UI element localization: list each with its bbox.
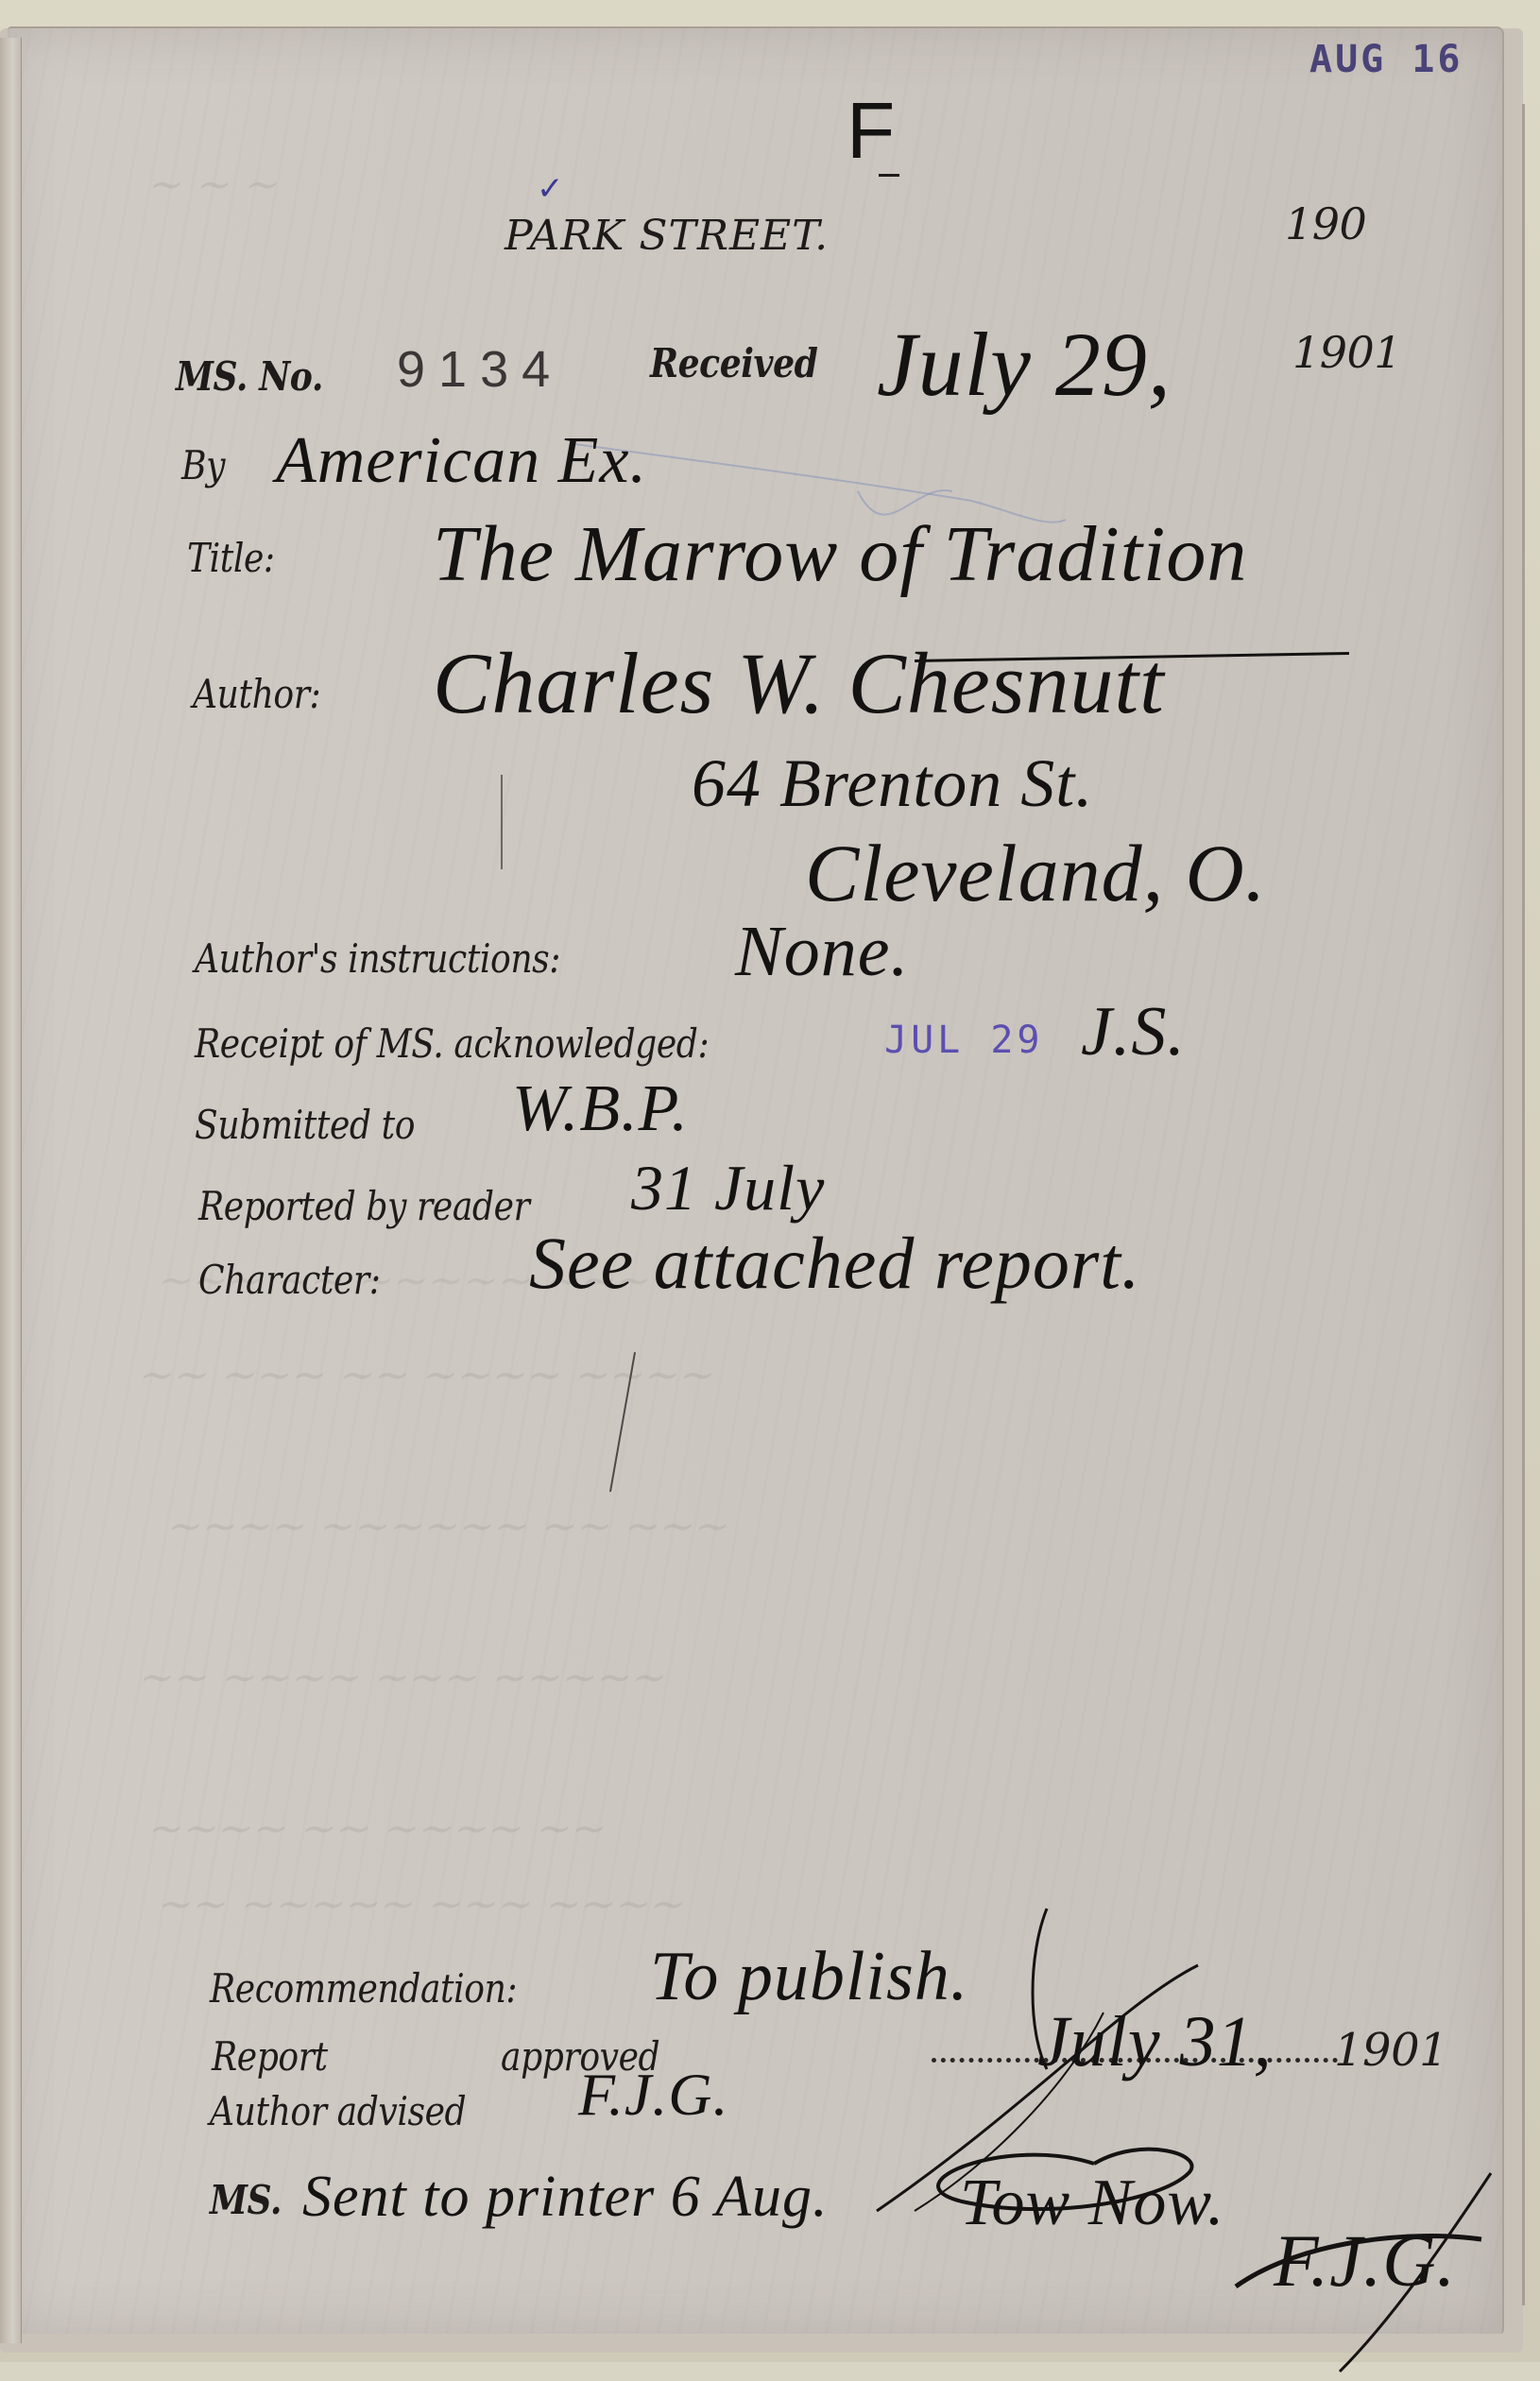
- bleed-through-text: ~~~~ ~~ ~~~~ ~~: [144, 1805, 613, 1853]
- signature: Tow Now.: [960, 2166, 1224, 2241]
- stray-pen-stroke: [609, 1352, 636, 1492]
- received-year: 1901: [1292, 327, 1401, 378]
- reported-by-reader-value: 31 July: [631, 1151, 825, 1225]
- bleed-through-text: ~ ~ ~: [144, 161, 286, 209]
- year-prefix: 190: [1285, 198, 1366, 249]
- date-stamp: AUG 16: [1309, 38, 1463, 81]
- address-heading: PARK STREET.: [505, 212, 829, 260]
- title-label: Title:: [187, 535, 275, 581]
- submitted-to-value: W.B.P.: [512, 1071, 689, 1147]
- by-label: By: [181, 442, 225, 488]
- character-value: See attached report.: [529, 1221, 1140, 1306]
- receipt-acknowledged-label: Receipt of MS. acknowledged:: [195, 1020, 709, 1067]
- authors-instructions-label: Author's instructions:: [195, 935, 560, 982]
- title-value: The Marrow of Tradition: [433, 508, 1247, 600]
- ms-no-label: MS. No.: [176, 353, 323, 400]
- ms-value: Sent to printer 6 Aug.: [302, 2164, 828, 2231]
- page-fold-edge: [1522, 104, 1525, 2305]
- author-advised-label: Author advised: [210, 2088, 466, 2134]
- ms-label: MS.: [210, 2177, 282, 2223]
- stacked-page-edges: [0, 38, 22, 2343]
- check-mark-icon: ✓: [537, 170, 564, 208]
- author-name: Charles W. Chesnutt: [433, 633, 1165, 733]
- bleed-through-text: ~~~~ ~~~~~~ ~~ ~~~: [163, 1502, 737, 1550]
- recommendation-label: Recommendation:: [210, 1965, 517, 2012]
- received-label: Received: [650, 340, 817, 386]
- address-text: PARK STREET.: [505, 212, 829, 260]
- reported-by-reader-label: Reported by reader: [198, 1183, 529, 1229]
- ms-no-value: 9134: [397, 340, 563, 399]
- file-mark-underline: [879, 174, 899, 177]
- submitted-to-label: Submitted to: [195, 1102, 415, 1148]
- bleed-through-text: ~~ ~~~~~ ~~~ ~~~~: [153, 1880, 693, 1928]
- record-card: ~ ~ ~ ~~~ ~~ ~~~~~ ~~~ ~~ ~~~ ~~ ~~~~ ~~…: [8, 26, 1504, 2334]
- report-label: Report: [212, 2033, 328, 2080]
- author-label: Author:: [193, 671, 320, 717]
- received-date: July 29,: [877, 312, 1172, 417]
- character-label: Character:: [198, 1257, 380, 1303]
- receipt-acknowledged-initials: J.S.: [1081, 992, 1186, 1072]
- by-value: American Ex.: [276, 423, 647, 499]
- receipt-acknowledged-stamp: JUL 29: [884, 1019, 1044, 1062]
- author-address-street: 64 Brenton St.: [692, 745, 1093, 823]
- author-address-city: Cleveland, O.: [805, 826, 1266, 920]
- signature-initials: F.J.G.: [1274, 2218, 1456, 2304]
- authors-instructions-value: None.: [735, 911, 909, 993]
- file-mark: F: [847, 85, 896, 177]
- author-advised-initials: F.J.G.: [578, 2060, 728, 2130]
- pencil-tick: [501, 775, 503, 869]
- bleed-through-text: ~~ ~~~~ ~~~ ~~~~~: [134, 1653, 674, 1702]
